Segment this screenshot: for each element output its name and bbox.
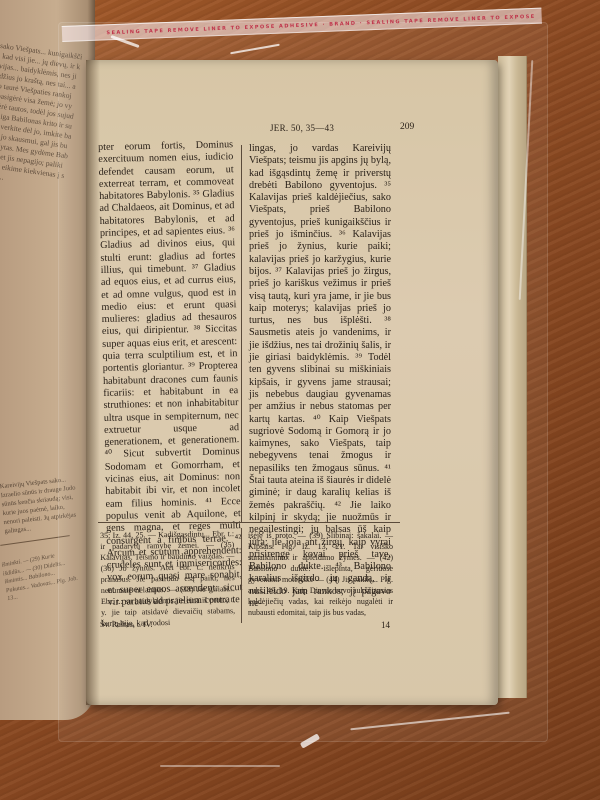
footnote-divider [241, 528, 242, 623]
plastic-glare [160, 765, 280, 767]
sheet-number: 14 [381, 620, 390, 630]
column-divider [241, 145, 242, 523]
footnotes-left: 35; Iz. 44, 25. — Kadišgąsdintų... Ebr. … [100, 528, 235, 629]
page-number: 209 [400, 122, 414, 132]
footnotes-right: išėję iš proto. — (39) Slibinai: šakalai… [248, 530, 393, 618]
signature-mark: Šv. Raštas, t. IV. [100, 620, 152, 629]
running-head: JER. 50, 35—43 [270, 123, 334, 133]
page-block-edge [498, 56, 527, 698]
footnote-rule [98, 522, 400, 523]
